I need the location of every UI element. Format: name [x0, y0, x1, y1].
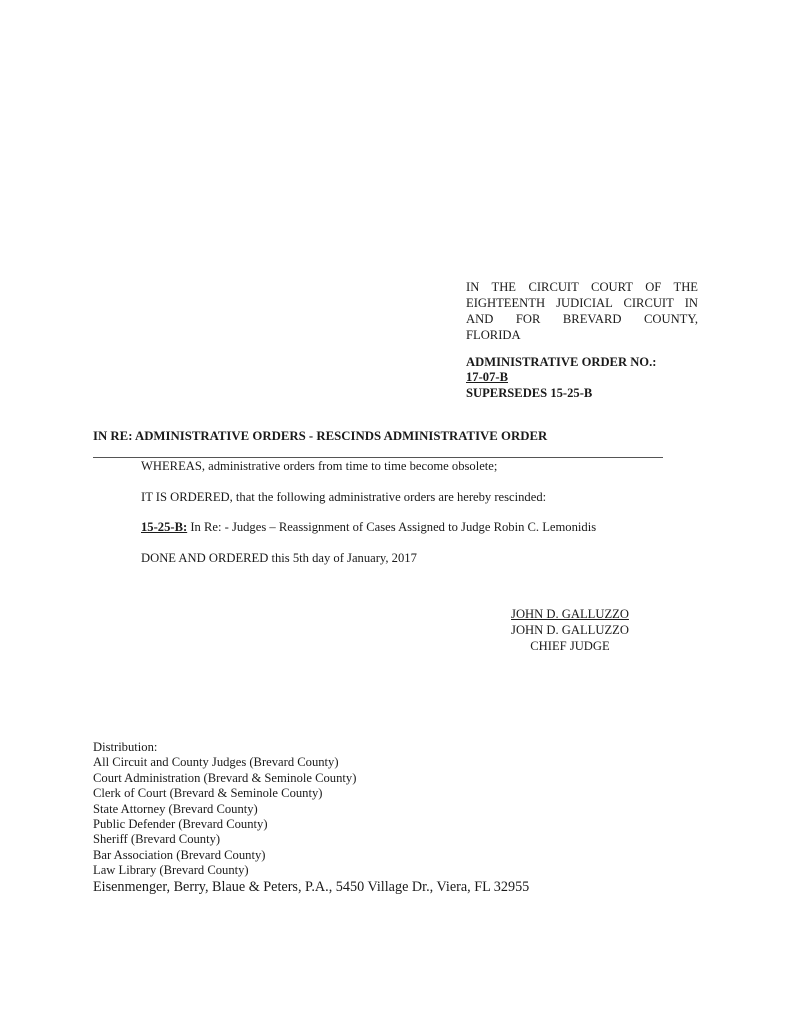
distribution-recipient: State Attorney (Brevard County): [93, 802, 529, 817]
order-number: 17-07-B: [466, 370, 656, 385]
order-number-block: ADMINISTRATIVE ORDER NO.: 17-07-B SUPERS…: [466, 355, 656, 401]
order-label: ADMINISTRATIVE ORDER NO.:: [466, 355, 656, 370]
caption-line: FLORIDA: [466, 327, 698, 343]
distribution-recipient-law-firm: Eisenmenger, Berry, Blaue & Peters, P.A.…: [93, 879, 529, 896]
done-and-ordered: DONE AND ORDERED this 5th day of January…: [141, 551, 417, 566]
rescinded-order-number: 15-25-B:: [141, 520, 187, 534]
supersedes-note: SUPERSEDES 15-25-B: [466, 386, 656, 401]
title-divider: [93, 457, 663, 458]
distribution-recipient: Law Library (Brevard County): [93, 863, 529, 878]
signature: JOHN D. GALLUZZO: [490, 606, 650, 622]
signature-block: JOHN D. GALLUZZO JOHN D. GALLUZZO CHIEF …: [490, 606, 650, 654]
caption-line: IN THE CIRCUIT COURT OF THE: [466, 279, 698, 295]
distribution-recipient: All Circuit and County Judges (Brevard C…: [93, 755, 529, 770]
distribution-recipient: Bar Association (Brevard County): [93, 848, 529, 863]
distribution-heading: Distribution:: [93, 740, 529, 755]
distribution-recipient: Sheriff (Brevard County): [93, 832, 529, 847]
distribution-recipient: Clerk of Court (Brevard & Seminole Count…: [93, 786, 529, 801]
distribution-list: Distribution: All Circuit and County Jud…: [93, 740, 529, 896]
distribution-recipient: Court Administration (Brevard & Seminole…: [93, 771, 529, 786]
distribution-recipient: Public Defender (Brevard County): [93, 817, 529, 832]
caption-line: AND FOR BREVARD COUNTY,: [466, 311, 698, 327]
court-caption: IN THE CIRCUIT COURT OF THE EIGHTEENTH J…: [466, 279, 698, 343]
document-title: IN RE: ADMINISTRATIVE ORDERS - RESCINDS …: [93, 429, 547, 444]
judge-name: JOHN D. GALLUZZO: [490, 622, 650, 638]
ordered-clause: IT IS ORDERED, that the following admini…: [141, 490, 546, 505]
judge-title: CHIEF JUDGE: [490, 638, 650, 654]
whereas-clause: WHEREAS, administrative orders from time…: [141, 459, 497, 474]
rescinded-order-text: In Re: - Judges – Reassignment of Cases …: [187, 520, 596, 534]
caption-line: EIGHTEENTH JUDICIAL CIRCUIT IN: [466, 295, 698, 311]
rescinded-order-item: 15-25-B: In Re: - Judges – Reassignment …: [141, 520, 596, 535]
